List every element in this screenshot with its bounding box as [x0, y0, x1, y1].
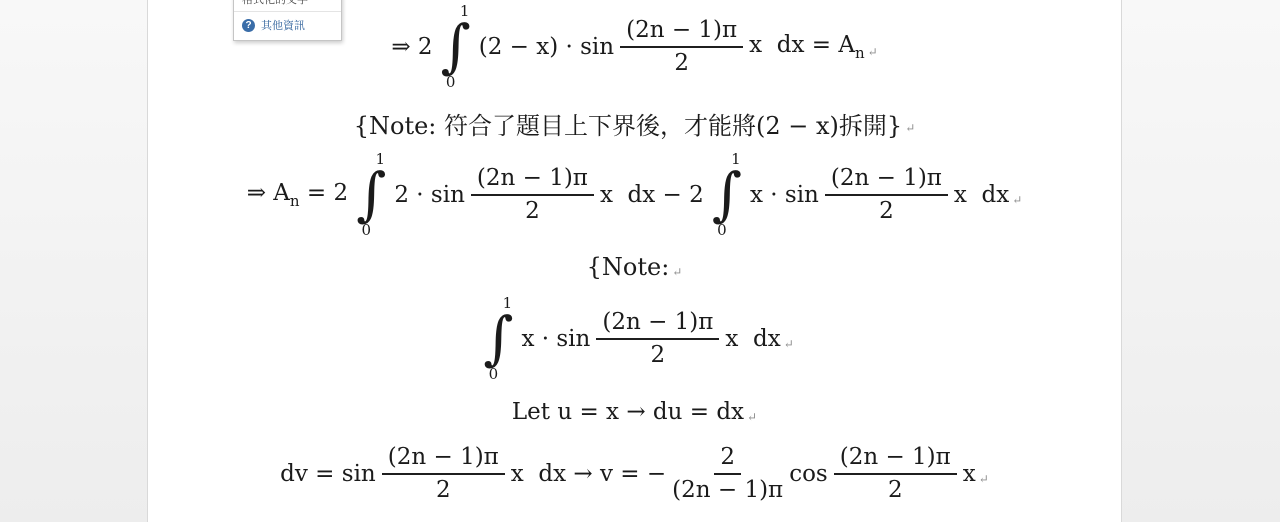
- integral: 1 ∫ 0: [356, 152, 386, 237]
- fraction-denominator: 2: [879, 196, 894, 226]
- fraction-denominator: 2: [525, 196, 540, 226]
- eq4-lead: dv = sin: [280, 461, 376, 487]
- linebreak-mark: ↵: [784, 337, 794, 351]
- fraction: (2n − 1)π 2: [382, 443, 505, 505]
- fraction: (2n − 1)π 2: [825, 164, 948, 226]
- linebreak-mark: ↵: [905, 121, 915, 135]
- note1-text: {Note: 符合了題目上下界後，才能將(2 − x)拆開}: [354, 106, 902, 141]
- integral-icon: ∫: [441, 19, 471, 74]
- context-popup: 格式化的文字 ? 其他資訊: [233, 0, 342, 41]
- eq1-tail: x dx = An: [749, 32, 864, 62]
- eq1-tail-text: x dx = A: [749, 32, 855, 58]
- fraction-denominator: (2n − 1)π: [672, 475, 783, 505]
- eq1-lead: ⇒ 2: [391, 34, 432, 60]
- integral-upper-limit: 1: [375, 152, 385, 167]
- note-line-1: {Note: 符合了題目上下界後，才能將(2 − x)拆開} ↵: [148, 104, 1121, 142]
- integral: 1 ∫ 0: [712, 152, 742, 237]
- popup-clipped-text: 格式化的文字: [234, 0, 341, 11]
- fraction-denominator: 2: [436, 475, 451, 505]
- eq2-integrand-2: x · sin: [750, 182, 819, 208]
- equation-line-2: ⇒ An = 2 1 ∫ 0 2 · sin (2n − 1)π 2 x dx …: [148, 144, 1121, 246]
- eq2-subscript: n: [290, 192, 300, 210]
- eq3-integrand: x · sin: [521, 326, 590, 352]
- fraction: (2n − 1)π 2: [834, 443, 957, 505]
- integral-icon: ∫: [356, 167, 386, 222]
- integral-upper-limit: 1: [503, 296, 513, 311]
- fraction-numerator: (2n − 1)π: [620, 16, 743, 48]
- more-info-link[interactable]: ? 其他資訊: [234, 12, 341, 40]
- fraction-denominator: 2: [674, 48, 689, 78]
- more-info-label: 其他資訊: [261, 17, 305, 33]
- fraction-numerator: (2n − 1)π: [834, 443, 957, 475]
- fraction: (2n − 1)π 2: [620, 16, 743, 78]
- integral-icon: ∫: [483, 311, 513, 366]
- eq4-tail: x: [963, 461, 976, 487]
- integral-lower-limit: 0: [446, 75, 456, 90]
- let-text: Let u = x → du = dx: [512, 399, 744, 425]
- integral-icon: ∫: [712, 167, 742, 222]
- eq4-middle: x dx → v = −: [511, 461, 666, 487]
- fraction-numerator: (2n − 1)π: [825, 164, 948, 196]
- eq2-middle: x dx − 2: [600, 182, 704, 208]
- fraction-numerator: 2: [714, 443, 741, 475]
- fraction-denominator: 2: [651, 340, 666, 370]
- substitution-line: Let u = x → du = dx ↵: [148, 394, 1121, 430]
- integral-upper-limit: 1: [731, 152, 741, 167]
- document-page: ⇒ 2 1 ∫ 0 (2 − x) · sin (2n − 1)π 2 x dx…: [147, 0, 1122, 522]
- integral-lower-limit: 0: [361, 223, 371, 238]
- eq3-tail: x dx: [725, 326, 780, 352]
- eq2-integrand-1: 2 · sin: [394, 182, 465, 208]
- linebreak-mark: ↵: [1012, 193, 1022, 207]
- linebreak-mark: ↵: [747, 410, 757, 424]
- eq2-equals: = 2: [300, 180, 349, 206]
- note2-text: {Note:: [587, 253, 670, 281]
- integral-lower-limit: 0: [717, 223, 727, 238]
- integral: 1 ∫ 0: [483, 296, 513, 381]
- fraction-numerator: (2n − 1)π: [471, 164, 594, 196]
- linebreak-mark: ↵: [979, 472, 989, 486]
- eq2-lead-text: ⇒ A: [247, 180, 290, 206]
- fraction-numerator: (2n − 1)π: [382, 443, 505, 475]
- fraction: 2 (2n − 1)π: [672, 443, 783, 505]
- fraction: (2n − 1)π 2: [471, 164, 594, 226]
- integral: 1 ∫ 0: [441, 4, 471, 89]
- fraction-numerator: (2n − 1)π: [596, 308, 719, 340]
- linebreak-mark: ↵: [868, 45, 878, 59]
- eq2-lead: ⇒ An = 2: [247, 180, 348, 210]
- eq4-cos: cos: [789, 461, 828, 487]
- eq1-integrand: (2 − x) · sin: [479, 34, 614, 60]
- equation-line-3: 1 ∫ 0 x · sin (2n − 1)π 2 x dx ↵: [148, 288, 1121, 390]
- note-line-2: {Note: ↵: [148, 250, 1121, 284]
- fraction-denominator: 2: [888, 475, 903, 505]
- fraction: (2n − 1)π 2: [596, 308, 719, 370]
- eq2-tail: x dx: [954, 182, 1009, 208]
- integral-lower-limit: 0: [489, 367, 499, 382]
- linebreak-mark: ↵: [672, 265, 682, 279]
- integral-upper-limit: 1: [460, 4, 470, 19]
- eq1-subscript: n: [855, 44, 865, 62]
- help-icon: ?: [242, 19, 255, 32]
- equation-line-4: dv = sin (2n − 1)π 2 x dx → v = − 2 (2n …: [148, 432, 1121, 516]
